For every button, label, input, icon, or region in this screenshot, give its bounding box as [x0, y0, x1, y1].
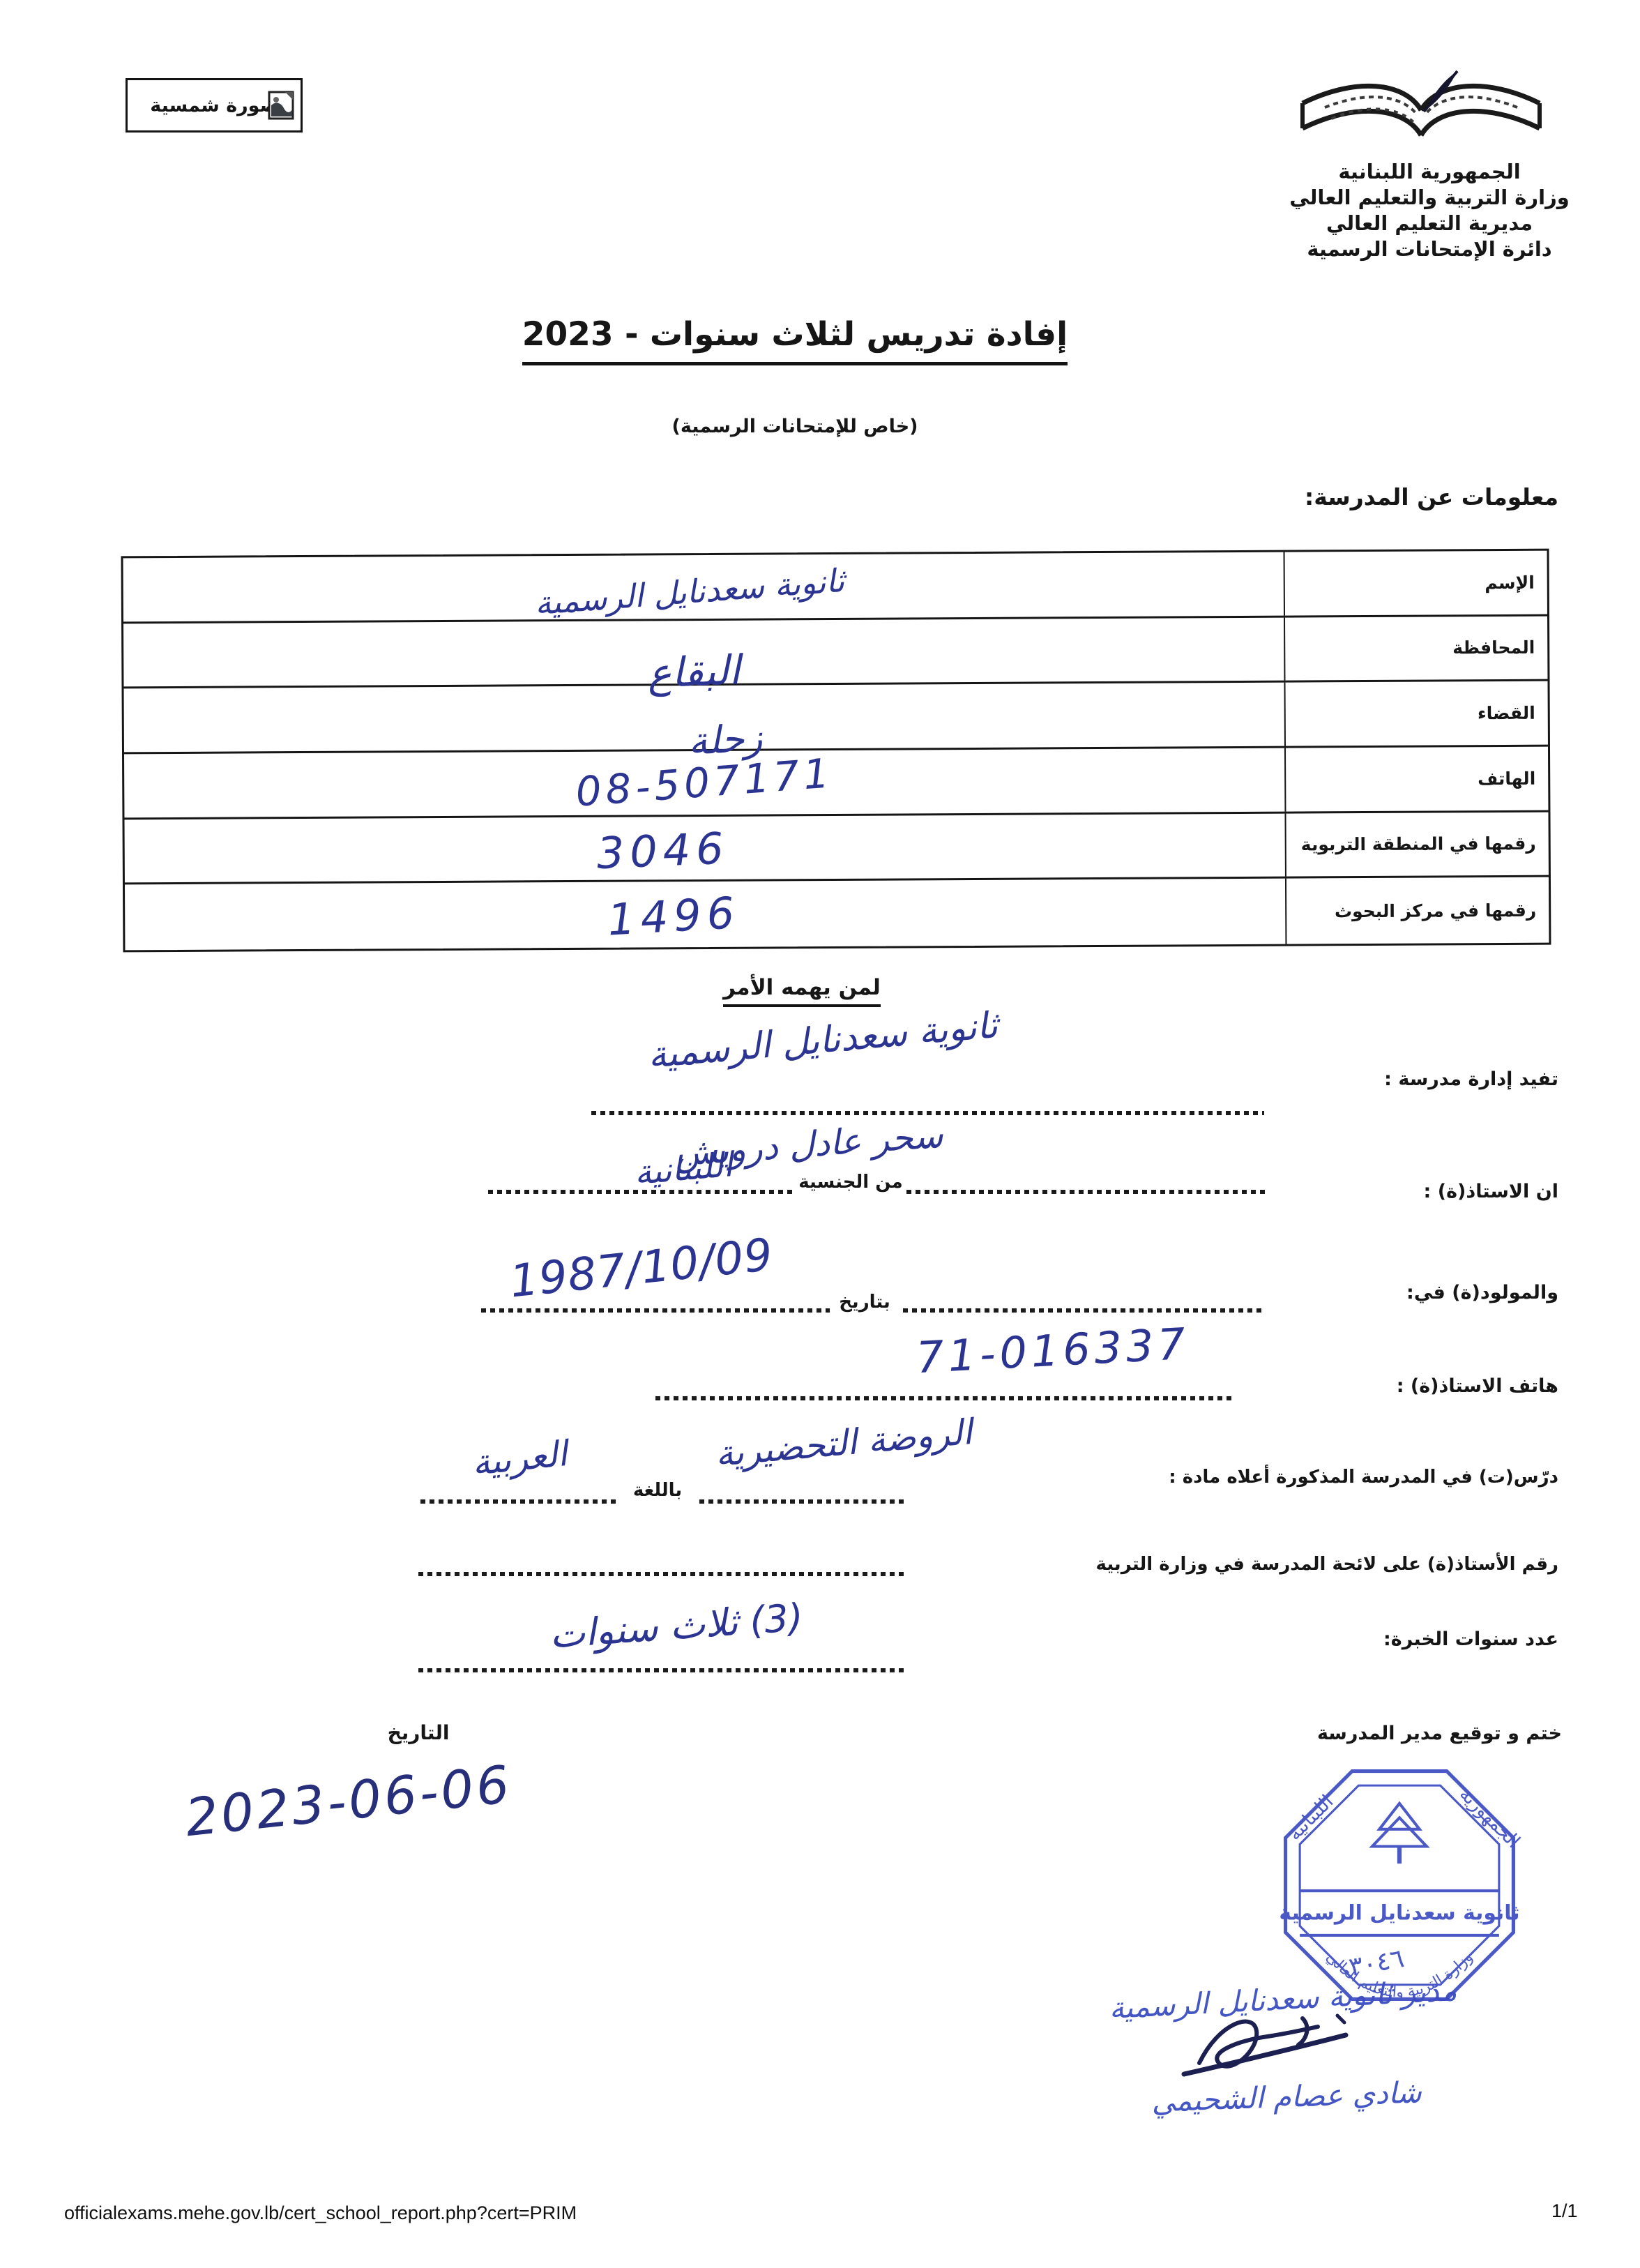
row-label-governorate: المحافظة [1284, 616, 1547, 681]
language-label: باللغة [623, 1480, 692, 1501]
header-line-republic: الجمهورية اللبنانية [1276, 159, 1583, 185]
stamp-signature-heading: ختم و توقيع مدير المدرسة [1314, 1723, 1562, 1744]
teacher-number-label: رقم الأستاذ(ة) على لائحة المدرسة في وزار… [1185, 1554, 1558, 1575]
school-admin-label: تفيد إدارة مدرسة : [1367, 1068, 1558, 1090]
teacher-phone-label: هاتف الاستاذ(ة) : [1388, 1375, 1558, 1397]
photo-placeholder-box: صورة شمسية [126, 78, 303, 133]
row-label-phone: الهاتف [1284, 747, 1548, 812]
teacher-label: ان الاستاذ(ة) : [1395, 1181, 1558, 1202]
school-info-table: الإسم ثانوية سعدنايل الرسمية المحافظة ال… [121, 549, 1551, 953]
table-row: المحافظة البقاع [123, 616, 1547, 688]
dotted-line-subject [699, 1499, 906, 1504]
dotted-line-teacher-phone [655, 1396, 1234, 1400]
letter-heading: لمن يهمه الأمر [628, 975, 976, 1007]
header-line-ministry: وزارة التربية والتعليم العالي [1276, 185, 1583, 211]
row-value-research-center-number: 1496 [606, 886, 741, 945]
dotted-line-birth-right [903, 1308, 1266, 1313]
row-value-name: ثانوية سعدنايل الرسمية [533, 561, 846, 622]
dotted-line-experience [418, 1668, 906, 1672]
school-info-heading: معلومات عن المدرسة: [1185, 483, 1558, 511]
dotted-line-birth-left [481, 1308, 830, 1313]
handwritten-subject: الروضة التحضيرية [668, 1407, 1019, 1478]
handwritten-director-name: شادي عصام الشحيمي [1122, 2074, 1450, 2119]
table-row: القضاء زحلة [124, 681, 1548, 754]
row-value-district: زحلة [687, 716, 764, 764]
table-row: رقمها في مركز البحوث 1496 [125, 877, 1549, 950]
row-label-research-center-number: رقمها في مركز البحوث [1285, 877, 1549, 944]
header-line-directorate: مديرية التعليم العالي [1276, 211, 1583, 236]
document-subtitle: (خاص للإمتحانات الرسمية) [621, 416, 969, 437]
row-value-governorate: البقاع [646, 646, 741, 697]
experience-label: عدد سنوات الخبرة: [1384, 1628, 1558, 1650]
school-octagon-stamp: الجمهورية اللبنانية ثانوية سعدنايل الرسم… [1270, 1756, 1528, 2014]
dotted-line-language [420, 1499, 617, 1504]
document-title: إفادة تدريس لثلاث سنوات - 2023 [446, 315, 1144, 365]
handwritten-school-name: ثانوية سعدنايل الرسمية [557, 997, 1088, 1084]
handwritten-teacher-phone: 71-016337 [856, 1315, 1249, 1386]
handwritten-language: العربية [417, 1428, 622, 1489]
nationality-label: من الجنسية [795, 1172, 906, 1193]
table-row: الهاتف 08-507171 [124, 747, 1548, 819]
ministry-book-logo [1290, 67, 1555, 159]
photo-icon [267, 90, 296, 121]
handwritten-birth-date: 1987/10/09 [452, 1223, 832, 1314]
handwritten-date: 2023-06-06 [144, 1751, 553, 1852]
handwritten-experience: (3) ثلاث سنوات [446, 1588, 908, 1664]
taught-label: درّس(ت) في المدرسة المذكورة أعلاه مادة : [1224, 1467, 1558, 1488]
stamp-text-lebanese: اللبنانية [1284, 1791, 1337, 1845]
page-number: 1/1 [1551, 2200, 1578, 2222]
director-signature [1178, 2007, 1388, 2085]
dotted-line-school [591, 1111, 1264, 1115]
row-label-district: القضاء [1284, 681, 1548, 746]
date-label: التاريخ [377, 1721, 460, 1744]
birth-date-label: بتاريخ [826, 1292, 903, 1313]
table-row: رقمها في المنطقة التربوية 3046 [125, 812, 1549, 884]
dotted-line-teacher-name [906, 1190, 1266, 1194]
footer-url: officialexams.mehe.gov.lb/cert_school_re… [64, 2202, 577, 2224]
scanned-certificate-page: صورة شمسية الجمهورية اللبنانية و [0, 0, 1640, 2268]
stamp-text-school-name: ثانوية سعدنايل الرسمية [1279, 1900, 1519, 1925]
row-label-name: الإسم [1284, 551, 1547, 616]
born-label: والمولود(ة) في: [1415, 1282, 1558, 1303]
dotted-line-teacher-number [418, 1572, 906, 1576]
table-row: الإسم ثانوية سعدنايل الرسمية [123, 551, 1547, 623]
stamp-text-republic: الجمهورية [1455, 1783, 1524, 1852]
row-label-edu-zone-number: رقمها في المنطقة التربوية [1284, 812, 1548, 877]
header-line-exams-dept: دائرة الإمتحانات الرسمية [1276, 236, 1583, 262]
row-value-edu-zone-number: 3046 [595, 823, 730, 879]
ministry-header: الجمهورية اللبنانية وزارة التربية والتعل… [1276, 159, 1583, 262]
